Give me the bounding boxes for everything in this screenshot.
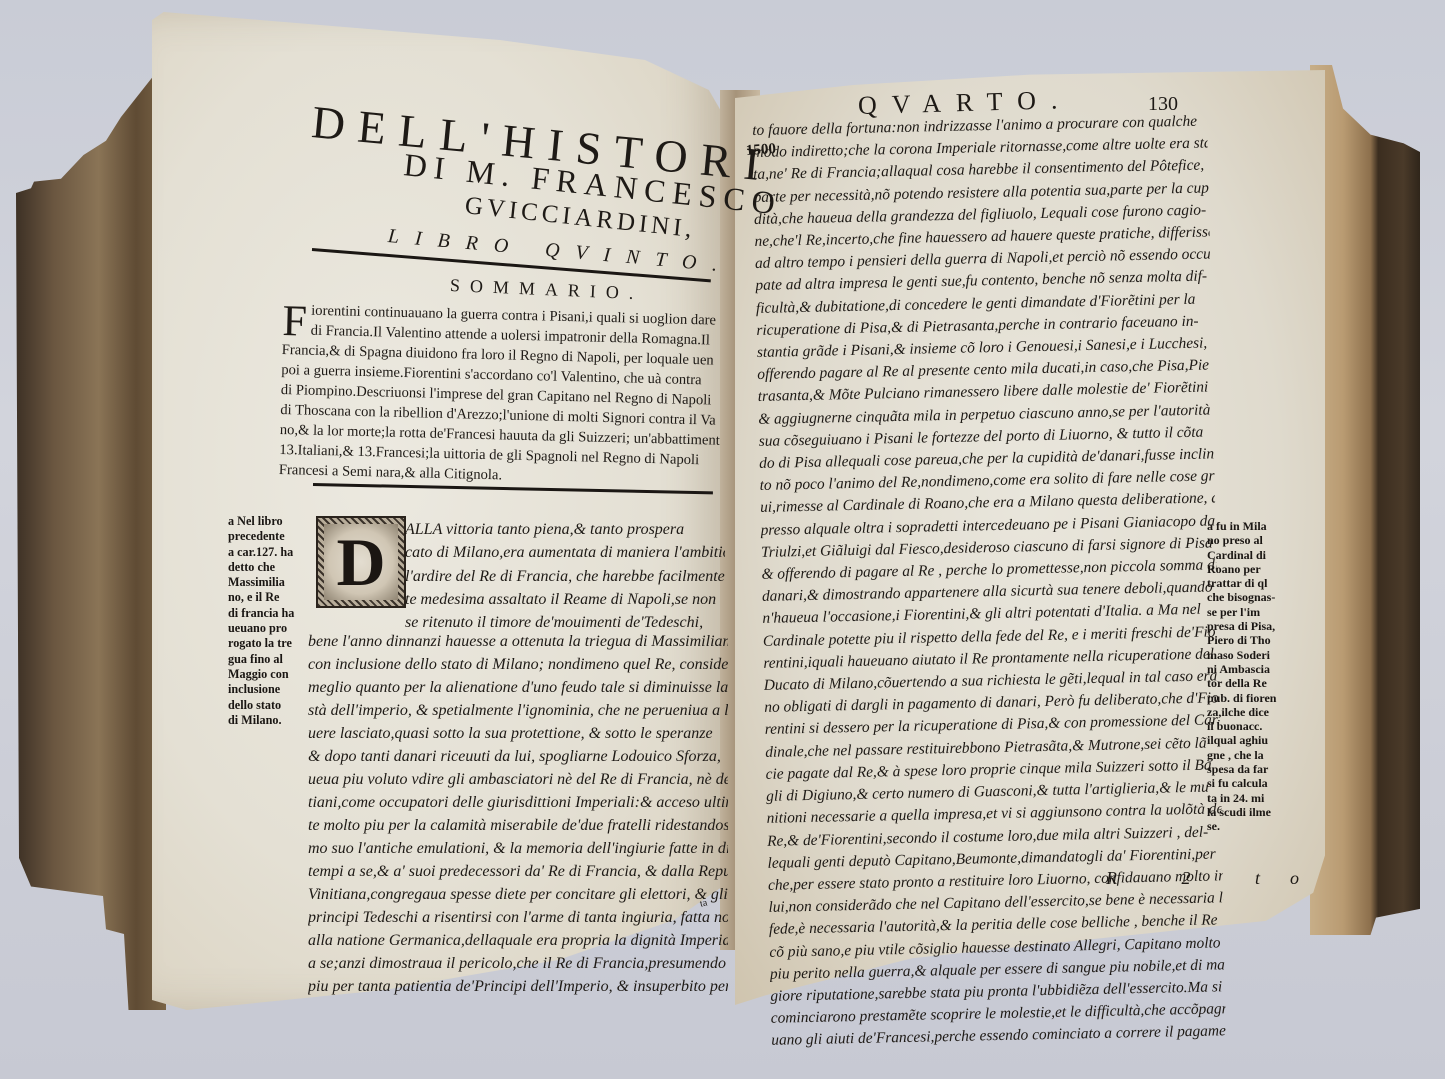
body-text-beside-initial: ALLA vittoria tanto piena,& tanto prospe… [405, 518, 725, 634]
body-line: te medesima assaltato il Reame di Napoli… [405, 588, 725, 611]
margin-note-line: ilqual aghiu [1207, 733, 1287, 747]
left-page-block-edges [16, 60, 166, 1010]
body-line: te molto piu per la calamità miserabile … [308, 814, 728, 837]
margin-note-line: no, e il Re [228, 590, 290, 605]
body-line: mo suo l'antiche emulationi, & la memori… [308, 837, 728, 860]
margin-note-line: a Nel libro [228, 514, 290, 529]
body-line: l'ardire del Re di Francia, che harebbe … [405, 565, 725, 588]
body-line: cato di Milano,era aumentata di maniera … [405, 541, 725, 564]
margin-note-line: Massimilia [228, 575, 290, 590]
margin-note-line: che bisognas- [1207, 590, 1287, 604]
margin-note-line: si fu calcula [1207, 776, 1287, 790]
right-catchword: to [1255, 868, 1329, 888]
margin-note-line: di Milano. [228, 713, 290, 728]
margin-note-line: di francia ha [228, 606, 290, 621]
summary-paragraph: F iorentini continuauano la guerra contr… [279, 300, 723, 491]
body-line: a se;anzi dimostraua il pericolo,che il … [308, 952, 728, 975]
right-body-text: to fauore della fortuna:non indrizzasse … [752, 110, 1226, 1052]
summary-dropcap: F [282, 302, 307, 341]
signature-mark: R 2 to [1106, 868, 1329, 889]
margin-note-line: Cardinal di [1207, 548, 1287, 562]
margin-note-line: spesa da far [1207, 762, 1287, 776]
margin-note-line: gne , che la [1207, 748, 1287, 762]
margin-note-line: maso Soderi [1207, 648, 1287, 662]
decorated-initial-letter: D [324, 524, 398, 600]
margin-note-line: gua fino al [228, 652, 290, 667]
body-line: uere lasciato,quasi sotto la sua protett… [308, 722, 728, 745]
left-body-text: bene l'anno dinnanzi hauesse a ottenuta … [308, 630, 728, 998]
margin-note-line: se. [1207, 819, 1287, 833]
body-line: tempi a se,& a' suoi predecessori da' Re… [308, 860, 728, 883]
right-margin-note: a fu in Mila no preso al Cardinal di Roa… [1207, 519, 1287, 834]
body-line: principi Tedeschi a risentirsi con l'arm… [308, 906, 728, 929]
margin-note-line: Piero di Tho [1207, 633, 1287, 647]
margin-note-line: il buonacc. [1207, 719, 1287, 733]
body-line: meglio quanto per la alienatione d'uno f… [308, 676, 728, 699]
margin-note-line: no preso al [1207, 533, 1287, 547]
body-line: piu per tanta patientia de'Principi dell… [308, 975, 728, 998]
margin-note-line: presa di Pisa, [1207, 619, 1287, 633]
margin-note-line: la scudi ilme [1207, 805, 1287, 819]
margin-note-line: Roano per [1207, 562, 1287, 576]
margin-note-line: inclusione [228, 682, 290, 697]
margin-note-line: a fu in Mila [1207, 519, 1287, 533]
margin-note-line: Maggio con [228, 667, 290, 682]
body-line: Vinitiana,congregaua spesse diete per co… [308, 883, 728, 906]
margin-note-line: detto che [228, 560, 290, 575]
body-line: bene l'anno dinnanzi hauesse a ottenuta … [308, 630, 728, 653]
body-line: ueua piu voluto vdire gli ambasciatori n… [308, 768, 728, 791]
margin-note-line: rogato la tre [228, 636, 290, 651]
body-line: con inclusione dello stato di Milano; no… [308, 653, 728, 676]
body-line: & dopo tanti danari riceuuti da lui, spo… [308, 745, 728, 768]
body-line: alla natione Germanica,dellaquale era pr… [308, 929, 728, 952]
signature-mark-text: R 2 [1106, 868, 1221, 888]
margin-note-line: dello stato [228, 698, 290, 713]
margin-note-line: trattar di ql [1207, 576, 1287, 590]
left-margin-note: a Nel libro precedente a car.127. ha det… [228, 514, 290, 728]
margin-note-line: se per l'im [1207, 605, 1287, 619]
body-line: stà dell'imperio, & spetialmente l'ignom… [308, 699, 728, 722]
decorated-initial-d: D [316, 516, 406, 608]
margin-note-line: pub. di fioren [1207, 691, 1287, 705]
body-line: tiani,come occupatori delle giurisdittio… [308, 791, 728, 814]
margin-note-line: a car.127. ha [228, 545, 290, 560]
margin-note-line: za,ilche dice [1207, 705, 1287, 719]
margin-note-line: ta in 24. mi [1207, 791, 1287, 805]
margin-note-line: ueuano pro [228, 621, 290, 636]
right-page-block-edges [1310, 65, 1420, 935]
body-line: ALLA vittoria tanto piena,& tanto prospe… [405, 518, 725, 541]
margin-note-line: ni Ambascia [1207, 662, 1287, 676]
margin-note-line: tor della Re [1207, 676, 1287, 690]
margin-note-line: precedente [228, 529, 290, 544]
